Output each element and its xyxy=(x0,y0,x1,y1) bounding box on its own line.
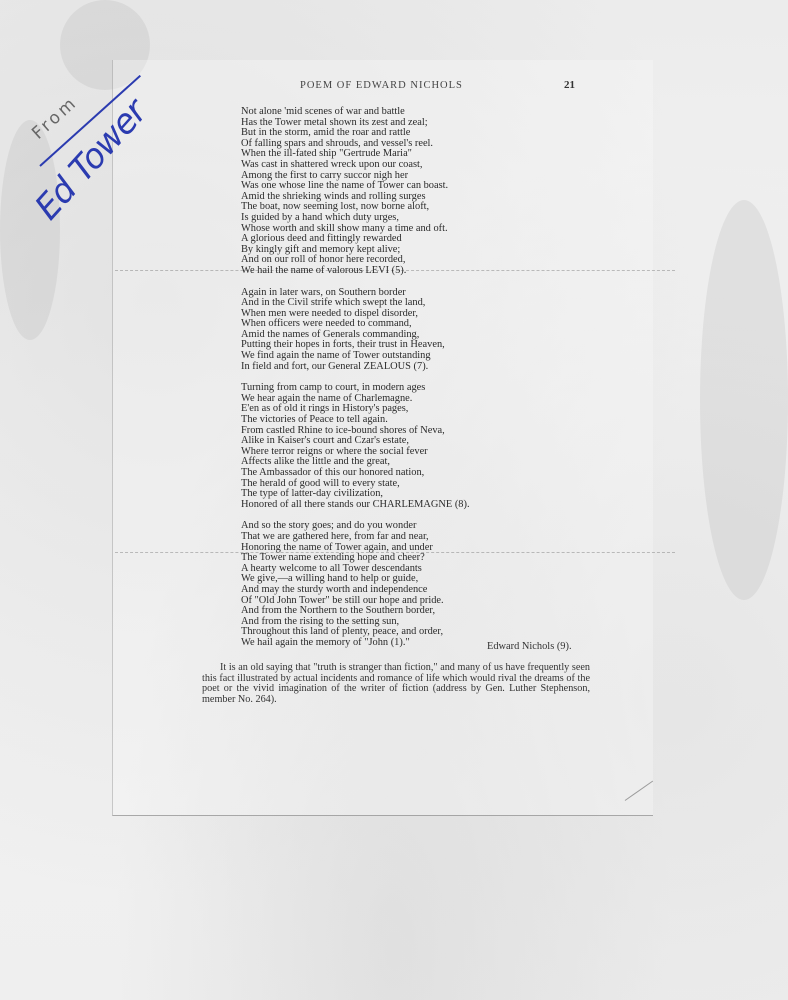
page-number: 21 xyxy=(564,79,575,91)
scanned-page: From Ed Tower POEM OF EDWARD NICHOLS 21 … xyxy=(0,0,788,1000)
poem-line: Is guided by a hand which duty urges, xyxy=(241,213,601,224)
stanza: Again in later wars, on Southern borderA… xyxy=(241,288,601,373)
poem-line: Was cast in shattered wreck upon our coa… xyxy=(241,160,601,171)
page-header: POEM OF EDWARD NICHOLS xyxy=(300,80,463,91)
prose-text: It is an old saying that "truth is stran… xyxy=(202,663,590,706)
poem-line: The Ambassador of this our honored natio… xyxy=(241,468,601,479)
stanza: Turning from camp to court, in modern ag… xyxy=(241,383,601,510)
poem-signature: Edward Nichols (9). xyxy=(487,641,572,652)
stanza: And so the story goes; and do you wonder… xyxy=(241,521,601,648)
poem-body: Not alone 'mid scenes of war and battleH… xyxy=(241,107,601,660)
smudge xyxy=(700,200,788,600)
poem-line: Honored of all there stands our CHARLEMA… xyxy=(241,500,601,511)
poem-line: We hail the name of valorous LEVI (5). xyxy=(241,266,601,277)
poem-line: And may the sturdy worth and independenc… xyxy=(241,585,601,596)
poem-line: That we are gathered here, from far and … xyxy=(241,532,601,543)
poem-line: In field and fort, our General ZEALOUS (… xyxy=(241,362,601,373)
stanza: Not alone 'mid scenes of war and battleH… xyxy=(241,107,601,277)
prose-paragraph: It is an old saying that "truth is stran… xyxy=(202,663,590,706)
poem-line: Not alone 'mid scenes of war and battle xyxy=(241,107,601,118)
